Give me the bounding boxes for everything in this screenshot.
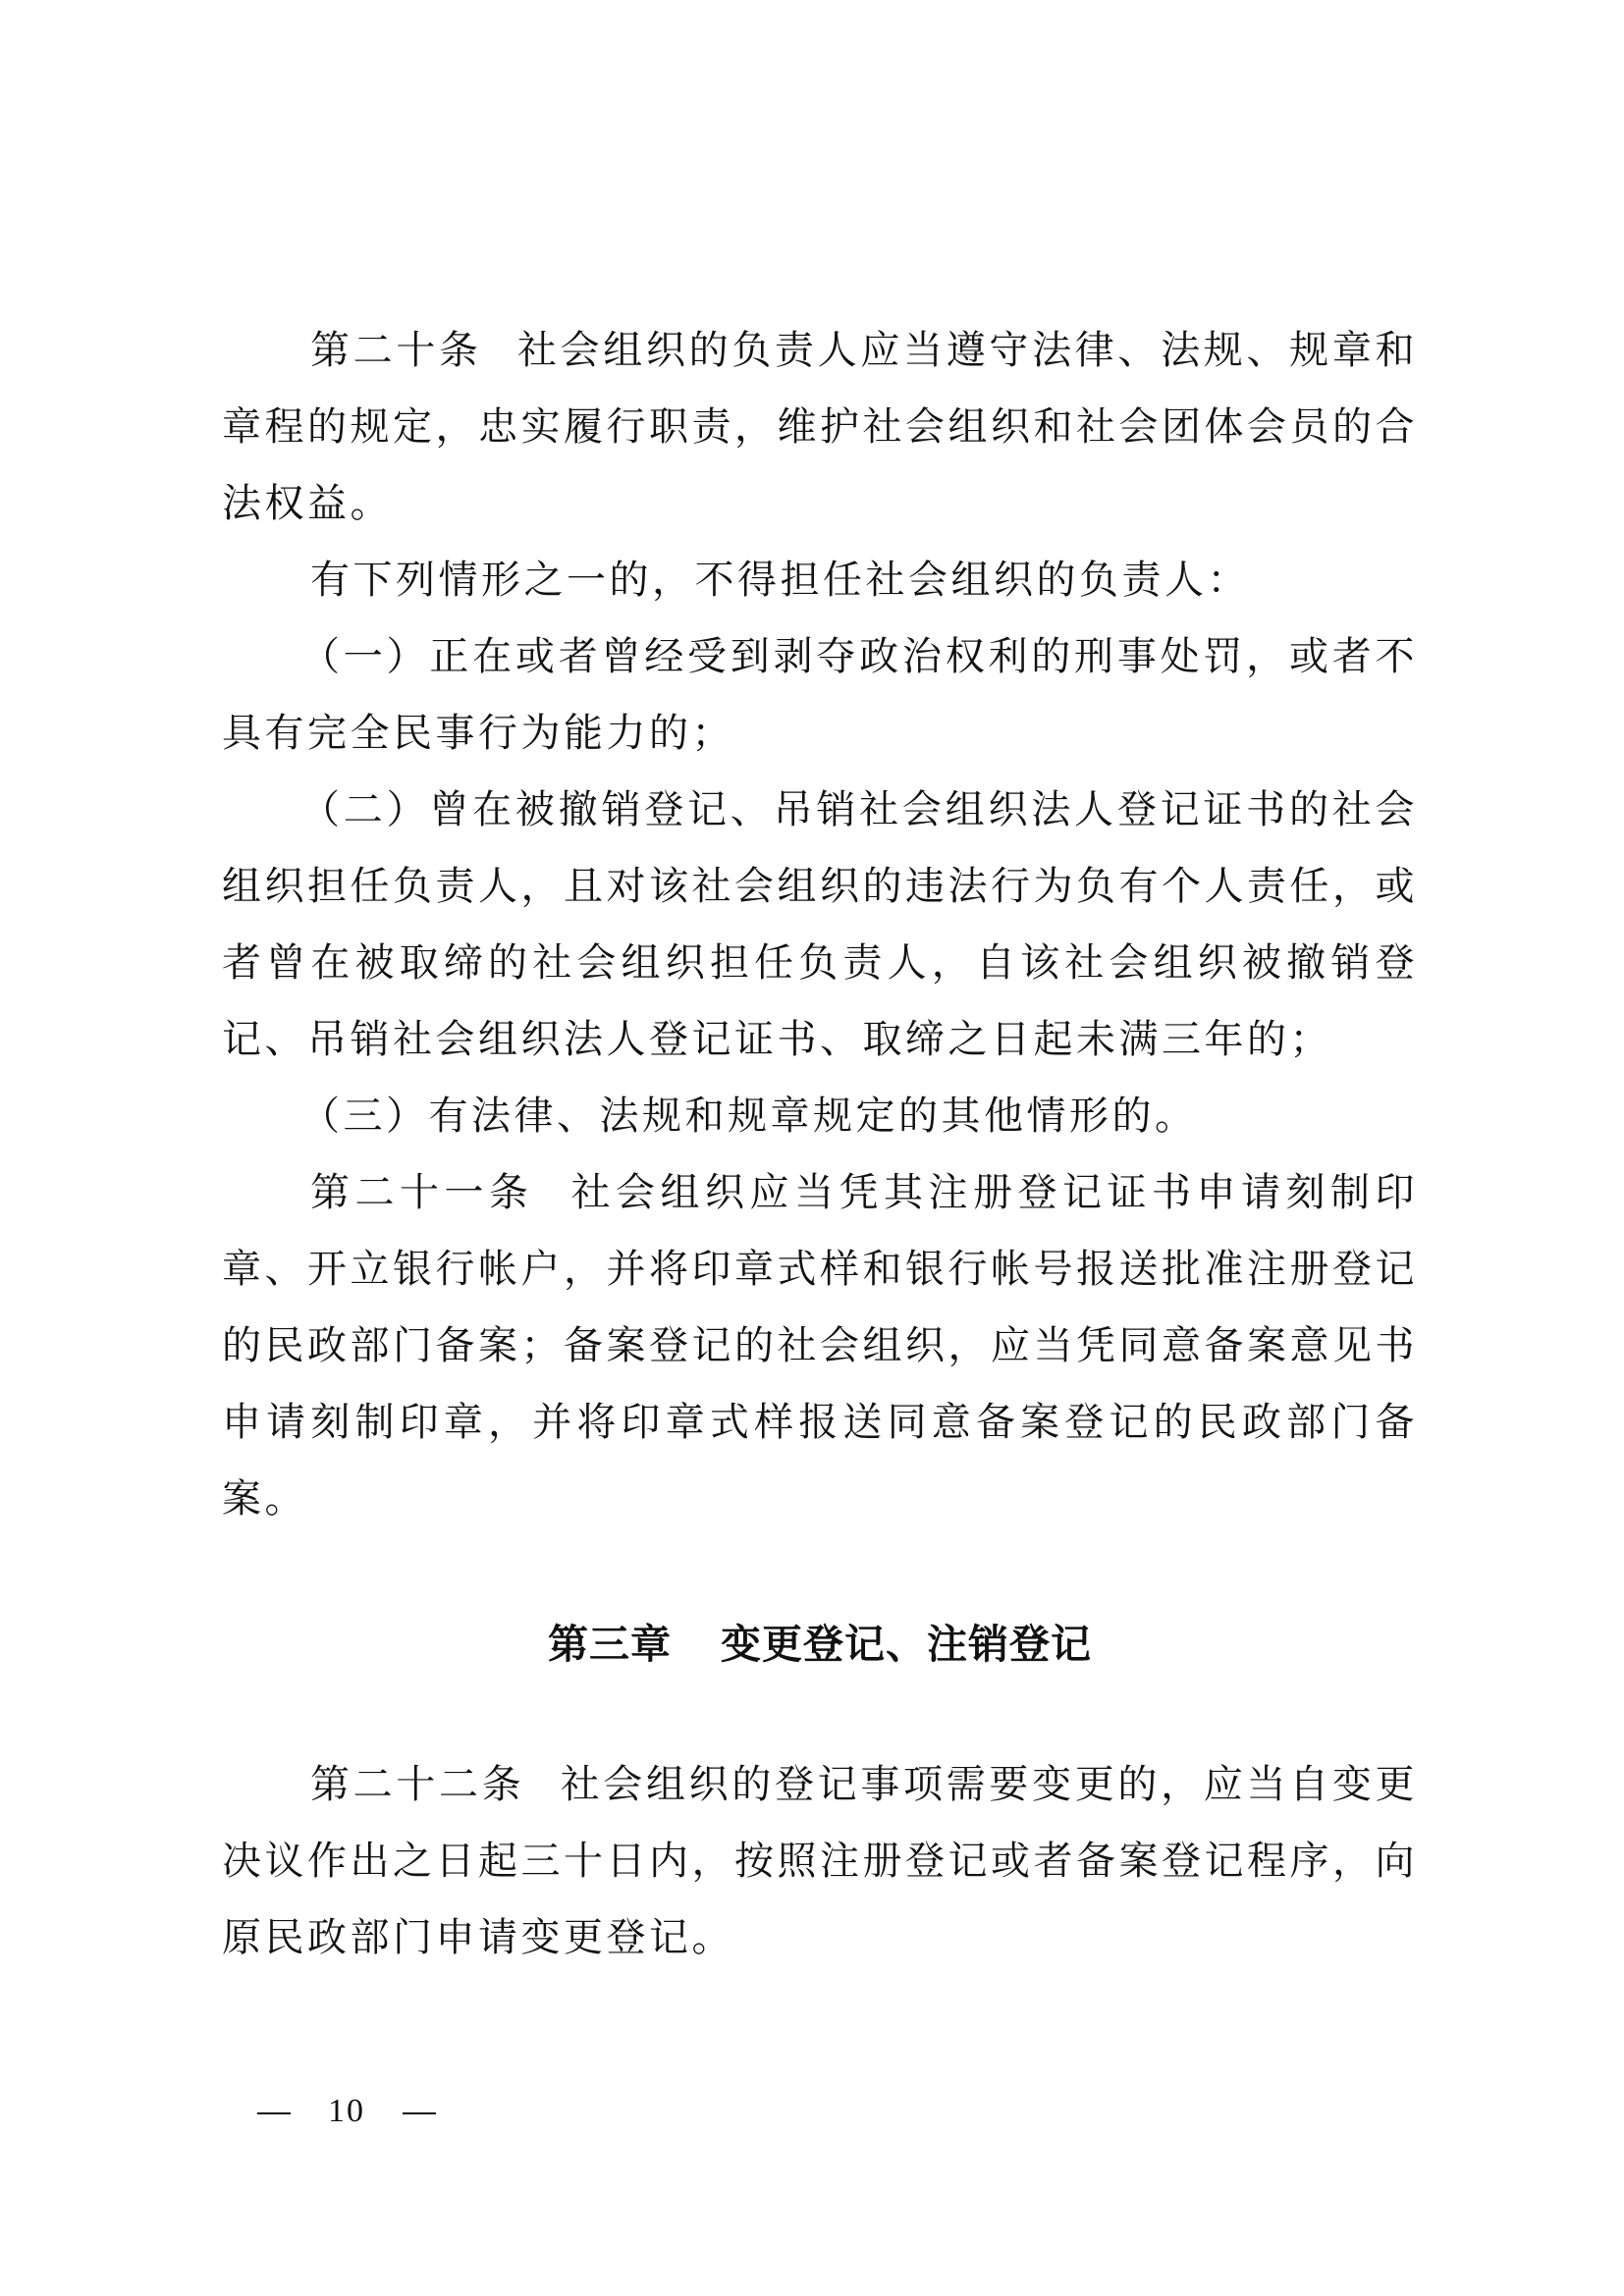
article-21-text: 社会组织应当凭其注册登记证书申请刻制印章、开立银行帐户，并将印章式样和银行帐号报… bbox=[222, 1170, 1418, 1522]
chapter-title: 变更登记、注销登记 bbox=[721, 1621, 1092, 1668]
chapter-heading: 第三章变更登记、注销登记 bbox=[222, 1606, 1418, 1682]
article-22: 第二十二条社会组织的登记事项需要变更的，应当自变更决议作出之日起三十日内，按照注… bbox=[222, 1746, 1418, 1976]
article-20-item-2: （二）曾在被撤销登记、吊销社会组织法人登记证书的社会组织担任负责人，且对该社会组… bbox=[222, 772, 1418, 1078]
article-21: 第二十一条社会组织应当凭其注册登记证书申请刻制印章、开立银行帐户，并将印章式样和… bbox=[222, 1154, 1418, 1537]
article-20-item-1: （一）正在或者曾经受到剥夺政治权利的刑事处罚，或者不具有完全民事行为能力的； bbox=[222, 618, 1418, 772]
document-page: 第二十条社会组织的负责人应当遵守法律、法规、规章和章程的规定，忠实履行职责，维护… bbox=[222, 312, 1418, 1976]
article-22-label: 第二十二条 bbox=[310, 1762, 524, 1807]
article-20-label: 第二十条 bbox=[310, 328, 482, 373]
article-20-intro: 有下列情形之一的，不得担任社会组织的负责人： bbox=[222, 542, 1418, 618]
article-21-label: 第二十一条 bbox=[310, 1170, 534, 1215]
dash-right bbox=[403, 2112, 436, 2114]
article-20-item-3: （三）有法律、法规和规章规定的其他情形的。 bbox=[222, 1078, 1418, 1154]
article-20: 第二十条社会组织的负责人应当遵守法律、法规、规章和章程的规定，忠实履行职责，维护… bbox=[222, 312, 1418, 542]
page-number-value: 10 bbox=[328, 2093, 365, 2129]
chapter-number: 第三章 bbox=[548, 1621, 672, 1668]
page-number: 10 bbox=[257, 2093, 436, 2130]
dash-left bbox=[257, 2112, 291, 2114]
